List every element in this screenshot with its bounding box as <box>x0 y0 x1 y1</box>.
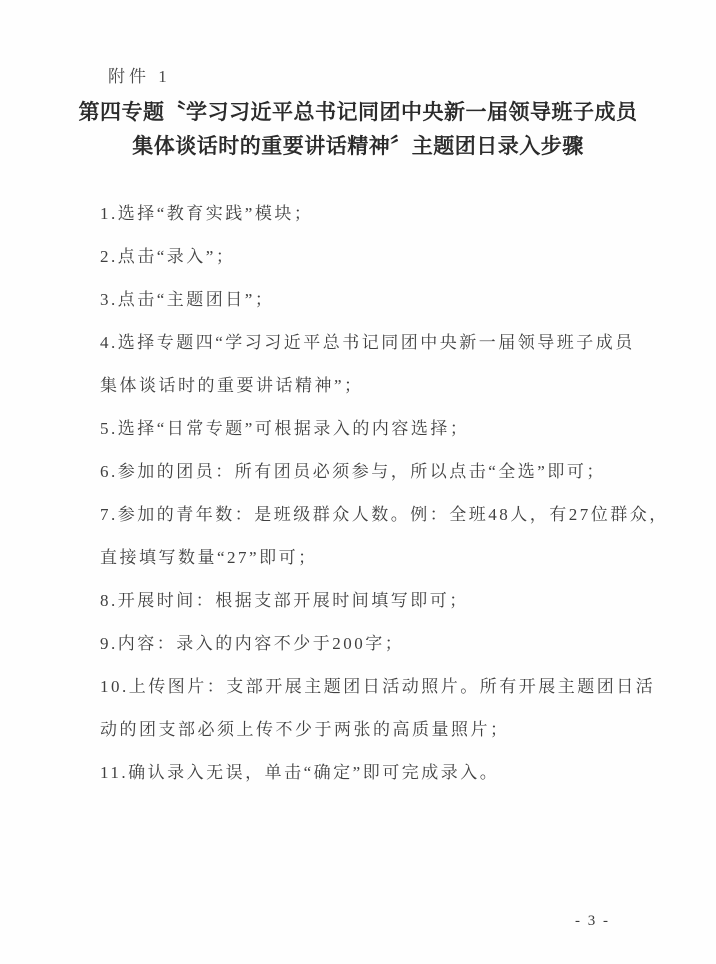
step-line-1: 1.选择“教育实践”模块； <box>100 192 676 235</box>
steps-list: 1.选择“教育实践”模块； 2.点击“录入”； 3.点击“主题团日”； 4.选择… <box>100 192 676 794</box>
step-line-7: 7.参加的青年数：是班级群众人数。例：全班48人，有27位群众， <box>100 493 676 536</box>
step-line-6: 6.参加的团员：所有团员必须参与，所以点击“全选”即可； <box>100 450 676 493</box>
step-line-2: 2.点击“录入”； <box>100 235 676 278</box>
attachment-label: 附件 1 <box>108 62 171 87</box>
page-number: - 3 - <box>575 913 610 930</box>
step-line-10: 10.上传图片：支部开展主题团日活动照片。所有开展主题团日活 <box>100 665 676 708</box>
step-line-4: 4.选择专题四“学习习近平总书记同团中央新一届领导班子成员 <box>100 321 676 364</box>
step-line-7-cont: 直接填写数量“27”即可； <box>100 536 676 579</box>
title-line-2: 集体谈话时的重要讲话精神〞主题团日录入步骤 <box>30 130 686 164</box>
step-line-11: 11.确认录入无误，单击“确定”即可完成录入。 <box>100 751 676 794</box>
title-line-1: 第四专题〝学习习近平总书记同团中央新一届领导班子成员 <box>30 96 686 130</box>
document-title: 第四专题〝学习习近平总书记同团中央新一届领导班子成员 集体谈话时的重要讲话精神〞… <box>30 96 686 164</box>
document-page: 附件 1 第四专题〝学习习近平总书记同团中央新一届领导班子成员 集体谈话时的重要… <box>0 0 716 964</box>
step-line-8: 8.开展时间：根据支部开展时间填写即可； <box>100 579 676 622</box>
step-line-3: 3.点击“主题团日”； <box>100 278 676 321</box>
step-line-5: 5.选择“日常专题”可根据录入的内容选择； <box>100 407 676 450</box>
step-line-4-cont: 集体谈话时的重要讲话精神”； <box>100 364 676 407</box>
step-line-9: 9.内容：录入的内容不少于200字； <box>100 622 676 665</box>
step-line-10-cont: 动的团支部必须上传不少于两张的高质量照片； <box>100 708 676 751</box>
